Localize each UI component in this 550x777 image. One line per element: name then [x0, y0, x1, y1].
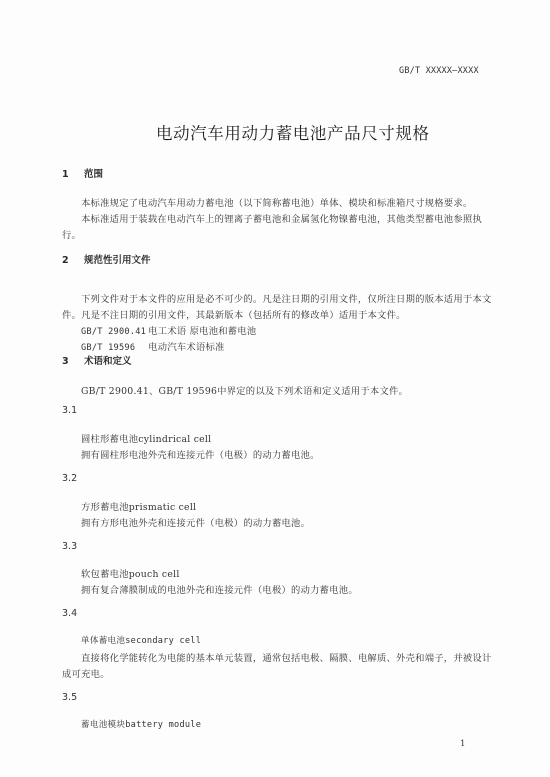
paragraph-line: 件。凡是不注日期的引用文件，其最新版本（包括所有的修改单）适用于本文件。: [62, 307, 406, 321]
term-definition: 直接将化学能转化为电能的基本单元装置，通常包括电极、隔膜、电解质、外壳和端子，并…: [81, 650, 492, 664]
term-name: 方形蓄电池prismatic cell: [81, 499, 196, 513]
term-definition: 拥有复合薄膜制成的电池外壳和连接元件（电极）的动力蓄电池。: [81, 582, 358, 596]
section-number: 2: [62, 255, 84, 266]
paragraph-line: 行。: [62, 227, 81, 241]
term-number: 3.2: [62, 473, 77, 484]
term-name: 圆柱形蓄电池cylindrical cell: [81, 431, 211, 445]
paragraph-line: 下列文件对于本文件的应用是必不可少的。凡是注日期的引用文件，仅所注日期的版本适用…: [81, 291, 492, 305]
reference-title: 电工术语 原电池和蓄电池: [148, 326, 256, 337]
section-title: 范围: [84, 169, 103, 180]
paragraph-line: 本标准适用于装载在电动汽车上的锂离子蓄电池和金属氢化物镍蓄电池，其他类型蓄电池参…: [81, 211, 482, 225]
section-heading-normative-references: 2规范性引用文件: [62, 252, 151, 266]
term-name: 蓄电池模块battery module: [81, 718, 201, 730]
section-heading-scope: 1范围: [62, 166, 103, 180]
section-number: 3: [62, 356, 84, 367]
page-number: 1: [460, 739, 465, 749]
section-number: 1: [62, 169, 84, 180]
section-heading-terms-definitions: 3术语和定义: [62, 353, 132, 367]
term-definition: 拥有方形电池外壳和连接元件（电极）的动力蓄电池。: [81, 515, 310, 529]
section-title: 规范性引用文件: [84, 255, 151, 266]
standard-code: GB/T XXXXX—XXXX: [399, 66, 479, 76]
term-number: 3.4: [62, 608, 77, 619]
document-page: GB/T XXXXX—XXXX 电动汽车用动力蓄电池产品尺寸规格 1范围 本标准…: [0, 0, 550, 777]
term-name: 单体蓄电池secondary cell: [81, 634, 201, 646]
section-title: 术语和定义: [84, 356, 132, 367]
reference-code: GB/T 2900.41: [81, 327, 137, 337]
reference-code: GB/T 19596: [81, 343, 137, 353]
term-number: 3.5: [62, 692, 77, 703]
reference-item: GB/T 19596 电动汽车术语标准: [81, 339, 225, 353]
paragraph-line: 本标准规定了电动汽车用动力蓄电池（以下简称蓄电池）单体、模块和标准箱尺寸规格要求…: [81, 195, 472, 209]
reference-title: 电动汽车术语标准: [148, 342, 224, 353]
term-number: 3.1: [62, 405, 77, 416]
document-title: 电动汽车用动力蓄电池产品尺寸规格: [156, 120, 430, 144]
paragraph-line: GB/T 2900.41、GB/T 19596中界定的以及下列术语和定义适用于本…: [81, 383, 408, 397]
term-name: 软包蓄电池pouch cell: [81, 566, 180, 580]
term-definition: 成可充电。: [62, 666, 110, 680]
term-definition: 拥有圆柱形电池外壳和连接元件（电极）的动力蓄电池。: [81, 447, 320, 461]
reference-item: GB/T 2900.41 电工术语 原电池和蓄电池: [81, 323, 256, 337]
term-number: 3.3: [62, 541, 77, 552]
